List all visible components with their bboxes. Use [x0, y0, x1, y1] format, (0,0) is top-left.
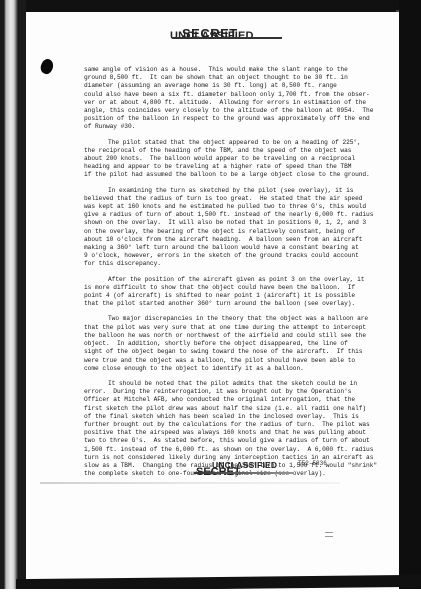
text-line: same angle of vision as a house. This wo… — [84, 66, 382, 74]
text-line: making a 360° left turn around the ballo… — [84, 244, 382, 252]
text-line: 9 o'clock, however, errors in the sketch… — [84, 252, 382, 260]
text-line: heading and appear to be traveling at a … — [84, 163, 382, 171]
paragraph: Two major discrepancies in the theory th… — [84, 315, 382, 372]
line-text: shown on the overlay. It will also be no… — [84, 219, 366, 226]
line-text: In examining the turn as sketched by the… — [108, 187, 353, 194]
text-line: come close enough to the object to ident… — [84, 365, 382, 373]
paragraph: same angle of vision as a house. This wo… — [84, 66, 382, 132]
scan-margin-bottom — [0, 589, 421, 599]
text-line: In examining the turn as sketched by the… — [84, 187, 382, 195]
line-text: that the pilot was very sure that at one… — [84, 324, 366, 331]
line-text: believed that the radius of turn is too … — [84, 195, 362, 202]
text-line: After the position of the aircraft given… — [84, 276, 382, 284]
line-text: making a 360° left turn around the ballo… — [84, 244, 359, 251]
text-line: on the overlay, the bearing of the objec… — [84, 228, 382, 236]
paragraph: In examining the turn as sketched by the… — [84, 187, 382, 269]
paragraph: The pilot stated that the object appeare… — [84, 139, 382, 180]
scan-border-top — [0, 0, 421, 12]
line-text: if the pilot had assumed the balloon to … — [84, 171, 370, 178]
line-text: about 200 knots. The balloon would appea… — [84, 155, 355, 162]
text-line: diameter (assuming an average home is 30… — [84, 82, 382, 90]
line-text: on the overlay, the bearing of the objec… — [84, 228, 355, 235]
text-line: 1,500 ft. instead of the 6,000 ft. as sh… — [84, 446, 382, 454]
line-text: could also have been a six ft. diameter … — [84, 91, 370, 98]
line-text: come close enough to the object to ident… — [84, 365, 304, 372]
text-line: positive that the airspeed was always 16… — [84, 429, 382, 437]
text-line: believed that the radius of turn is too … — [84, 195, 382, 203]
text-line: Officer at Mitchel AFB, who conducted th… — [84, 396, 382, 404]
text-line: ground 8,500 ft. It can be shown that an… — [84, 74, 382, 82]
line-text: of the final sketch which has been scale… — [84, 413, 359, 420]
line-text: were true and the object was a balloon, … — [84, 357, 355, 364]
line-text: of Runway #30. — [84, 123, 135, 130]
scan-smudge — [40, 482, 340, 484]
header-classification-stamp: SECRET UNCLASSIFIED — [170, 28, 270, 46]
line-text: further brought out by the calculations … — [84, 421, 370, 428]
text-line: further brought out by the calculations … — [84, 421, 382, 429]
text-line: of the final sketch which has been scale… — [84, 413, 382, 421]
line-text: the balloon he was north or northwest of… — [84, 332, 366, 339]
text-line: position of the balloon in respect to th… — [84, 115, 382, 123]
line-text: error. During the reinterrogation, it wa… — [84, 388, 351, 395]
line-text: Officer at Mitchel AFB, who conducted th… — [84, 396, 355, 403]
text-line: that the pilot started another 360° turn… — [84, 300, 382, 308]
text-line: could also have been a six ft. diameter … — [84, 91, 382, 99]
line-text: ver or at about 4,800 ft. altitude. Allo… — [84, 99, 366, 106]
line-text: about 10 o'clock from the aircraft headi… — [84, 236, 362, 243]
line-text: angle, this coincides very closely to th… — [84, 107, 373, 114]
text-line: angle, this coincides very closely to th… — [84, 107, 382, 115]
line-text: two to three G's. As stated before, this… — [84, 437, 370, 444]
text-line: for this discrepancy. — [84, 260, 382, 268]
line-text: object. In addition, shortly before the … — [84, 340, 348, 347]
line-text: 1,500 ft. instead of the 6,000 ft. as sh… — [84, 446, 373, 453]
text-line: It should be noted that the pilot admits… — [84, 380, 382, 388]
line-text: first sketch the pilot drew was about ha… — [84, 405, 366, 412]
stray-mark — [325, 532, 333, 537]
line-text: same angle of vision as a house. This wo… — [84, 66, 348, 73]
text-line: that the pilot was very sure that at one… — [84, 324, 382, 332]
text-line: was kept at 160 knots and he estimated h… — [84, 203, 382, 211]
text-line: were true and the object was a balloon, … — [84, 357, 382, 365]
text-line: about 10 o'clock from the aircraft headi… — [84, 236, 382, 244]
text-line: if the pilot had assumed the balloon to … — [84, 171, 382, 179]
line-text: diameter (assuming an average home is 30… — [84, 82, 337, 89]
text-line: object. In addition, shortly before the … — [84, 340, 382, 348]
line-text: position of the balloon in respect to th… — [84, 115, 370, 122]
line-text: 9 o'clock, however, errors in the sketch… — [84, 252, 359, 259]
text-line: of Runway #30. — [84, 123, 382, 131]
text-line: The pilot stated that the object appeare… — [84, 139, 382, 147]
text-line: Two major discrepancies in the theory th… — [84, 315, 382, 323]
text-line: shown on the overlay. It will also be no… — [84, 219, 382, 227]
document-body: same angle of vision as a house. This wo… — [84, 66, 382, 485]
unclassified-label: UNCLASSIFIED — [170, 30, 254, 42]
text-line: about 200 knots. The balloon would appea… — [84, 155, 382, 163]
scan-border-right — [399, 0, 421, 599]
line-text: The pilot stated that the object appeare… — [108, 139, 361, 146]
line-text: After the position of the aircraft given… — [108, 276, 364, 283]
line-text: is more difficult to show that the objec… — [84, 284, 355, 291]
text-line: is more difficult to show that the objec… — [84, 284, 382, 292]
line-text: point 4 (of aircraft) is shifted to near… — [84, 292, 355, 299]
line-text: heading and appear to be traveling at a … — [84, 163, 351, 170]
footer-strikethrough-line — [194, 472, 294, 474]
text-line: two to three G's. As stated before, this… — [84, 437, 382, 445]
line-text: sight of the object began to swing towar… — [84, 348, 362, 355]
text-line: point 4 (of aircraft) is shifted to near… — [84, 292, 382, 300]
text-line: the balloon he was north or northwest of… — [84, 332, 382, 340]
line-text: It should be noted that the pilot admits… — [108, 380, 357, 387]
text-line: the reciprocal of the heading of the TBM… — [84, 147, 382, 155]
line-text: that the pilot started another 360° turn… — [84, 300, 355, 307]
line-text: positive that the airspeed was always 16… — [84, 429, 366, 436]
text-line: error. During the reinterrogation, it wa… — [84, 388, 382, 396]
text-line: give a radius of turn of about 1,500 ft.… — [84, 211, 382, 219]
scan-border-left — [0, 0, 26, 599]
line-text: was kept at 160 knots and he estimated h… — [84, 203, 366, 210]
text-line: sight of the object began to swing towar… — [84, 348, 382, 356]
line-text: give a radius of turn of about 1,500 ft.… — [84, 211, 373, 218]
line-text: for this discrepancy. — [84, 260, 161, 267]
line-text: Two major discrepancies in the theory th… — [108, 315, 368, 322]
document-number: T52-5836 — [298, 460, 327, 467]
line-text: the reciprocal of the heading of the TBM… — [84, 147, 351, 154]
line-text: ground 8,500 ft. It can be shown that an… — [84, 74, 348, 81]
paragraph: After the position of the aircraft given… — [84, 276, 382, 309]
text-line: ver or at about 4,800 ft. altitude. Allo… — [84, 99, 382, 107]
strikethrough-line — [172, 37, 282, 39]
text-line: first sketch the pilot drew was about ha… — [84, 405, 382, 413]
